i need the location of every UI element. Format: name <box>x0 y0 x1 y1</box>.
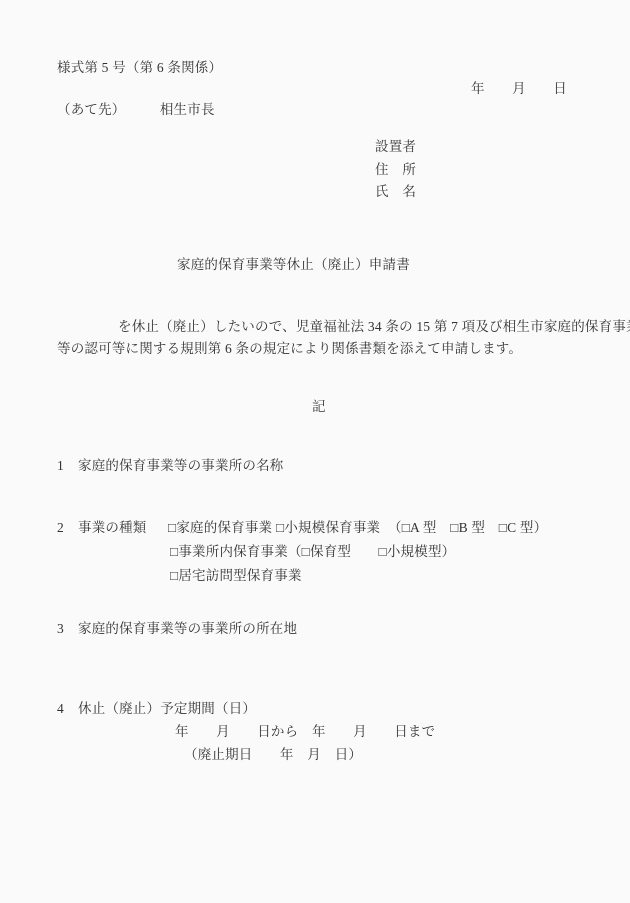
item-4-period-line: 年 月 日から 年 月 日まで <box>175 723 435 740</box>
form-number: 様式第 5 号（第 6 条関係） <box>57 59 222 76</box>
body-paragraph-line-2: 等の認可等に関する規則第 6 条の規定により関係書類を添えて申請します。 <box>57 340 522 357</box>
date-line: 年 月 日 <box>471 80 567 97</box>
item-2-label: 事業の種類 <box>78 519 147 536</box>
item-4-label: 休止（廃止）予定期間（日） <box>78 700 256 717</box>
item-4-number: 4 <box>57 700 64 717</box>
addressee-line: （あて先） 相生市長 <box>57 101 215 118</box>
checkbox-option-small-scale-daycare: □小規模保育事業 <box>276 519 380 536</box>
checkbox-option-workplace-daycare: □事業所内保育事業（□保育型 □小規模型） <box>170 543 455 560</box>
item-3-number: 3 <box>57 620 64 637</box>
item-2-number: 2 <box>57 519 64 536</box>
checkbox-option-family-daycare: □家庭的保育事業 <box>168 519 272 536</box>
applicant-address-label: 住 所 <box>375 161 416 178</box>
section-heading-ki: 記 <box>312 398 326 415</box>
applicant-name-label: 氏 名 <box>375 183 416 200</box>
item-1-label: 家庭的保育事業等の事業所の名称 <box>78 457 284 474</box>
applicant-title-label: 設置者 <box>375 138 416 155</box>
checkbox-option-home-visit-daycare: □居宅訪問型保育事業 <box>170 567 302 584</box>
item-3-label: 家庭的保育事業等の事業所の所在地 <box>78 620 297 637</box>
item-1-number: 1 <box>57 457 64 474</box>
document-title: 家庭的保育事業等休止（廃止）申請書 <box>177 256 410 273</box>
body-paragraph-line-1: を休止（廃止）したいので、児童福祉法 34 条の 15 第 7 項及び相生市家庭… <box>118 318 630 335</box>
item-4-abolition-date-line: （廃止期日 年 月 日） <box>184 746 362 763</box>
application-form-page: 様式第 5 号（第 6 条関係） 年 月 日 （あて先） 相生市長 設置者 住 … <box>0 0 630 903</box>
checkbox-option-small-scale-types: （□A 型 □B 型 □C 型） <box>388 519 547 536</box>
